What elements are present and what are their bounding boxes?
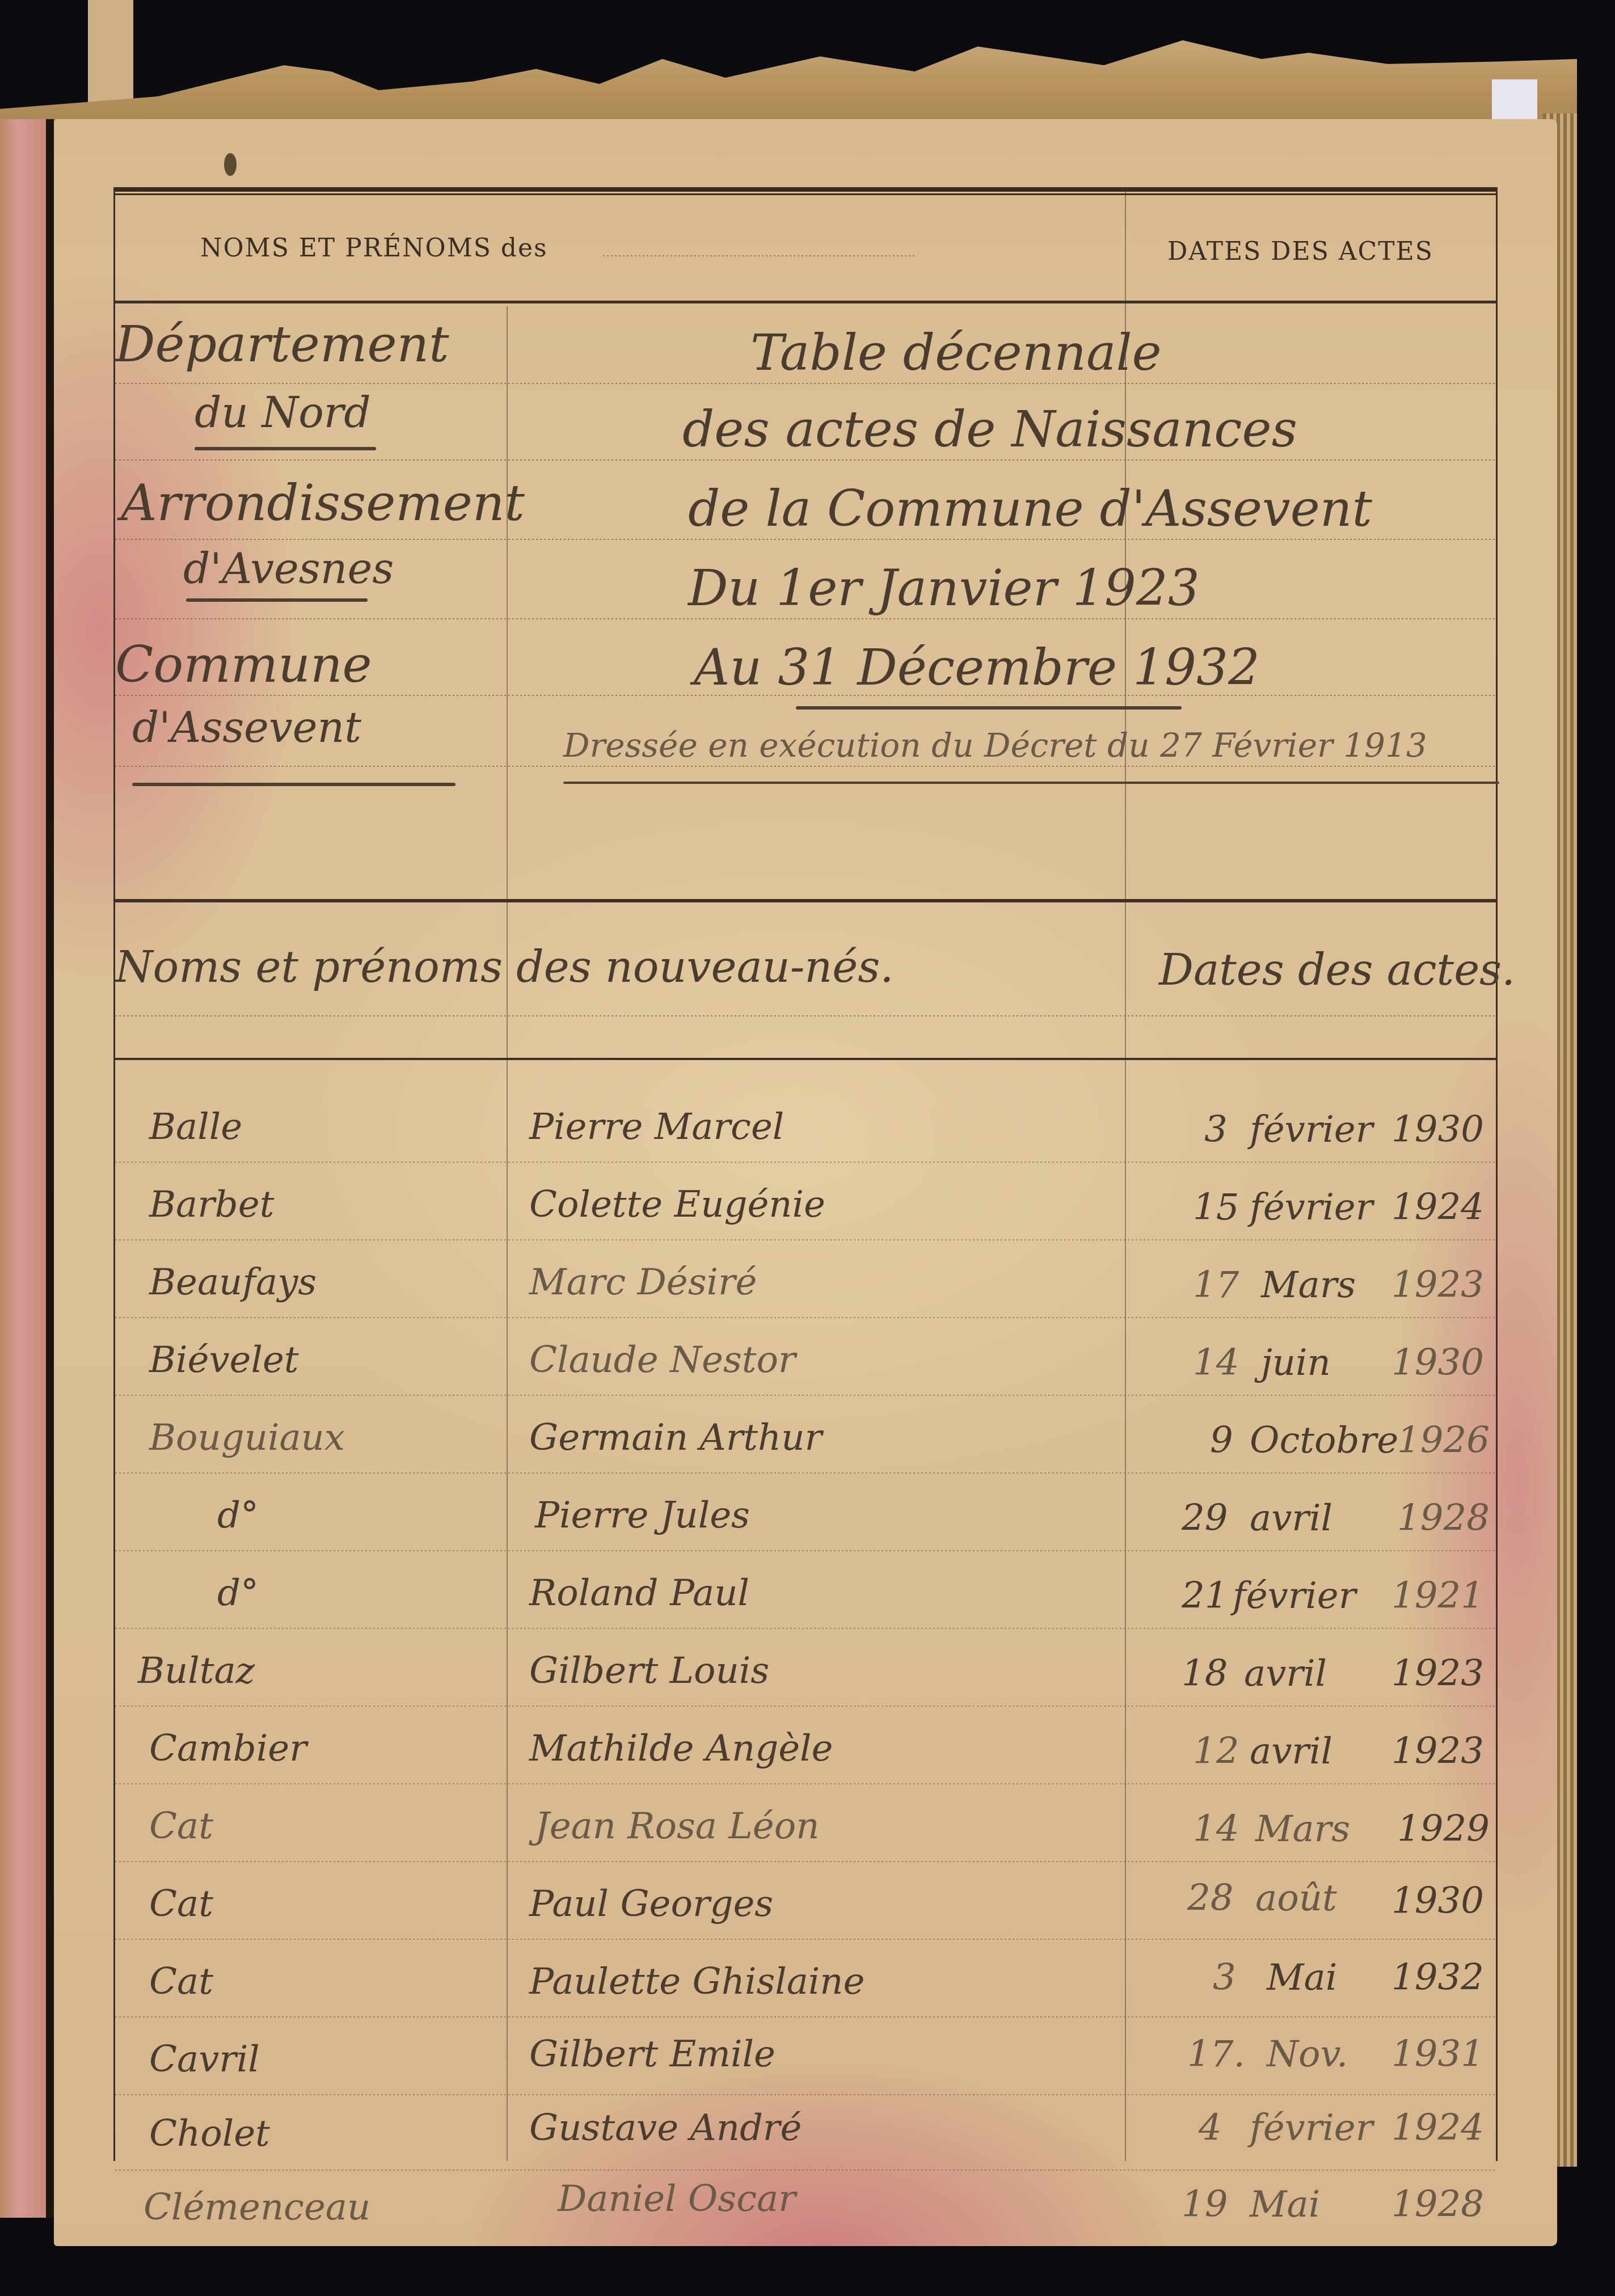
row-rule <box>115 1239 1496 1240</box>
entry-given-names: Marc Désiré <box>529 1261 757 1303</box>
row-rule <box>115 1628 1496 1629</box>
underline-nord <box>195 447 376 450</box>
entry-date-month: avril <box>1250 1731 1333 1772</box>
entry-date-day: 21 <box>1182 1575 1228 1617</box>
entry-date-month: Mai <box>1267 1957 1337 1999</box>
heading-commune-assevent: de la Commune d'Assevent <box>688 479 1372 538</box>
entry-surname: Clémenceau <box>144 2187 370 2229</box>
entry-date-day: 14 <box>1193 1342 1239 1384</box>
entry-surname: Biévelet <box>149 1339 298 1381</box>
entry-surname: Cambier <box>149 1728 307 1770</box>
entry-date-year: 1924 <box>1391 2107 1484 2149</box>
entry-date-day: 12 <box>1193 1731 1239 1772</box>
entry-date-day: 3 <box>1204 1109 1228 1151</box>
entry-date-month: Mai <box>1250 2184 1320 2226</box>
binding-hole <box>224 153 237 176</box>
dot-rule <box>115 618 1496 619</box>
entry-surname: Cat <box>149 1805 213 1847</box>
entry-surname: Bouguiaux <box>149 1417 345 1459</box>
heading-arrondissement: Arrondissement <box>121 474 525 532</box>
entry-date-month: juin <box>1261 1342 1331 1384</box>
entry-given-names: Colette Eugénie <box>529 1184 825 1226</box>
printed-header-names: NOMS ET PRÉNOMS des <box>200 234 548 263</box>
entry-date-month: février <box>1233 1575 1356 1617</box>
entry-given-names: Pierre Jules <box>535 1495 750 1537</box>
entry-date-day: 29 <box>1182 1497 1228 1539</box>
entry-surname: Bultaz <box>138 1650 255 1692</box>
entry-date-month: avril <box>1250 1497 1333 1539</box>
entry-given-names: Germain Arthur <box>529 1417 822 1459</box>
entry-date-year: 1930 <box>1391 1342 1484 1384</box>
heading-decret: Dressée en exécution du Décret du 27 Fév… <box>563 726 1427 765</box>
printed-header-dates: DATES DES ACTES <box>1167 237 1433 266</box>
dot-rule <box>115 766 1496 767</box>
entry-date-year: 1923 <box>1391 1653 1484 1695</box>
header-bottom-rule <box>115 301 1496 303</box>
heading-du-nord: du Nord <box>195 389 371 437</box>
entry-date-year: 1924 <box>1391 1187 1484 1229</box>
entry-date-day: 3 <box>1213 1957 1236 1999</box>
printed-header-names-text: NOMS ET PRÉNOMS des <box>200 234 548 263</box>
entry-date-month: février <box>1250 1187 1373 1229</box>
entry-date-year: 1926 <box>1397 1420 1490 1462</box>
heading-actes-naissances: des actes de Naissances <box>682 400 1297 458</box>
heading-date-end: Au 31 Décembre 1932 <box>694 638 1260 697</box>
printed-header-dates-text: DATES DES ACTES <box>1167 237 1433 266</box>
entry-given-names: Paulette Ghislaine <box>529 1961 865 2003</box>
row-rule <box>115 1550 1496 1551</box>
entry-date-day: 19 <box>1182 2184 1228 2226</box>
entry-surname: Cholet <box>149 2113 270 2155</box>
row-rule <box>115 1162 1496 1163</box>
row-rule <box>115 2170 1496 2171</box>
entry-date-day: 9 <box>1210 1420 1233 1462</box>
table-header-bottom-rule <box>115 1058 1496 1060</box>
entry-given-names: Gustave André <box>529 2107 802 2149</box>
entry-date-year: 1928 <box>1391 2184 1484 2226</box>
entry-surname-ditto: d° <box>217 1495 259 1537</box>
row-rule <box>115 1317 1496 1318</box>
register-page: NOMS ET PRÉNOMS des DATES DES ACTES Dépa… <box>54 119 1557 2246</box>
underline-decret <box>563 782 1499 784</box>
underline-assevent <box>132 783 456 786</box>
entry-date-year: 1931 <box>1391 2033 1484 2075</box>
entry-given-names: Gilbert Emile <box>529 2033 775 2075</box>
entry-surname: Cat <box>149 1961 213 2003</box>
entry-date-year: 1923 <box>1391 1264 1484 1306</box>
row-rule <box>115 1783 1496 1784</box>
header-dot-leader <box>603 255 915 256</box>
heading-commune: Commune <box>115 635 372 694</box>
entry-given-names: Gilbert Louis <box>529 1650 769 1692</box>
dot-rule <box>115 459 1496 461</box>
heading-date-start: Du 1er Janvier 1923 <box>688 559 1200 617</box>
entry-date-day: 15 <box>1193 1187 1239 1229</box>
heading-table-decennale: Table décennale <box>750 323 1162 382</box>
entry-surname: Cavril <box>149 2038 260 2080</box>
entry-surname: Cat <box>149 1883 213 1925</box>
entry-date-day: 17. <box>1187 2033 1245 2075</box>
entry-date-day: 4 <box>1199 2107 1222 2149</box>
entry-surname: Barbet <box>149 1184 274 1226</box>
row-rule <box>115 2094 1496 2095</box>
entry-given-names: Daniel Oscar <box>558 2178 796 2220</box>
entry-date-year: 1930 <box>1391 1109 1484 1151</box>
entry-date-year: 1929 <box>1397 1808 1490 1850</box>
entry-date-day: 18 <box>1182 1653 1228 1695</box>
entry-date-year: 1921 <box>1391 1575 1484 1617</box>
entry-date-month: Mars <box>1255 1808 1350 1850</box>
heading-departement: Département <box>115 315 449 373</box>
entry-given-names: Pierre Marcel <box>529 1106 784 1148</box>
row-rule <box>115 2016 1496 2018</box>
entry-date-year: 1932 <box>1391 1957 1484 1999</box>
entry-date-day: 14 <box>1193 1808 1239 1850</box>
row-rule <box>115 1472 1496 1474</box>
entry-date-year: 1930 <box>1391 1880 1484 1922</box>
entry-date-month: avril <box>1244 1653 1327 1695</box>
entry-date-month: Octobre <box>1250 1420 1398 1462</box>
frame-top-rule <box>115 187 1496 195</box>
entry-date-year: 1928 <box>1397 1497 1490 1539</box>
column-divider-names <box>507 306 508 2161</box>
entry-date-day: 17 <box>1193 1264 1239 1306</box>
underline-avesnes <box>186 598 368 602</box>
heading-bottom-rule <box>115 899 1496 902</box>
entry-date-month: février <box>1250 2107 1373 2149</box>
row-rule <box>115 1939 1496 1940</box>
entry-given-names: Jean Rosa Léon <box>535 1805 819 1847</box>
entry-given-names: Mathilde Angèle <box>529 1728 833 1770</box>
underline-date-end <box>796 706 1182 710</box>
row-rule <box>115 1861 1496 1862</box>
entry-given-names: Paul Georges <box>529 1883 773 1925</box>
entry-date-month: Nov. <box>1267 2033 1348 2075</box>
heading-assevent: d'Assevent <box>132 703 361 752</box>
entry-given-names: Roland Paul <box>529 1572 749 1614</box>
entry-surname: Balle <box>149 1106 242 1148</box>
dot-rule <box>115 383 1496 384</box>
entry-surname: Beaufays <box>149 1261 317 1303</box>
printed-table-frame: NOMS ET PRÉNOMS des DATES DES ACTES Dépa… <box>113 187 1498 2161</box>
dot-rule <box>115 539 1496 540</box>
left-facing-page-edge <box>0 119 54 2218</box>
heading-avesnes: d'Avesnes <box>183 545 394 593</box>
entry-date-day: 28 <box>1187 1877 1233 1919</box>
entry-date-month: Mars <box>1261 1264 1356 1306</box>
entry-given-names: Claude Nestor <box>529 1339 796 1381</box>
entry-surname-ditto: d° <box>217 1572 259 1614</box>
table-header-dates: Dates des actes. <box>1159 944 1515 995</box>
entry-date-month: février <box>1250 1109 1373 1151</box>
dot-rule <box>115 1015 1496 1016</box>
entry-date-year: 1923 <box>1391 1731 1484 1772</box>
row-rule <box>115 1395 1496 1396</box>
table-header-names: Noms et prénoms des nouveau-nés. <box>115 942 893 992</box>
entry-date-month: août <box>1255 1877 1337 1919</box>
row-rule <box>115 1706 1496 1707</box>
